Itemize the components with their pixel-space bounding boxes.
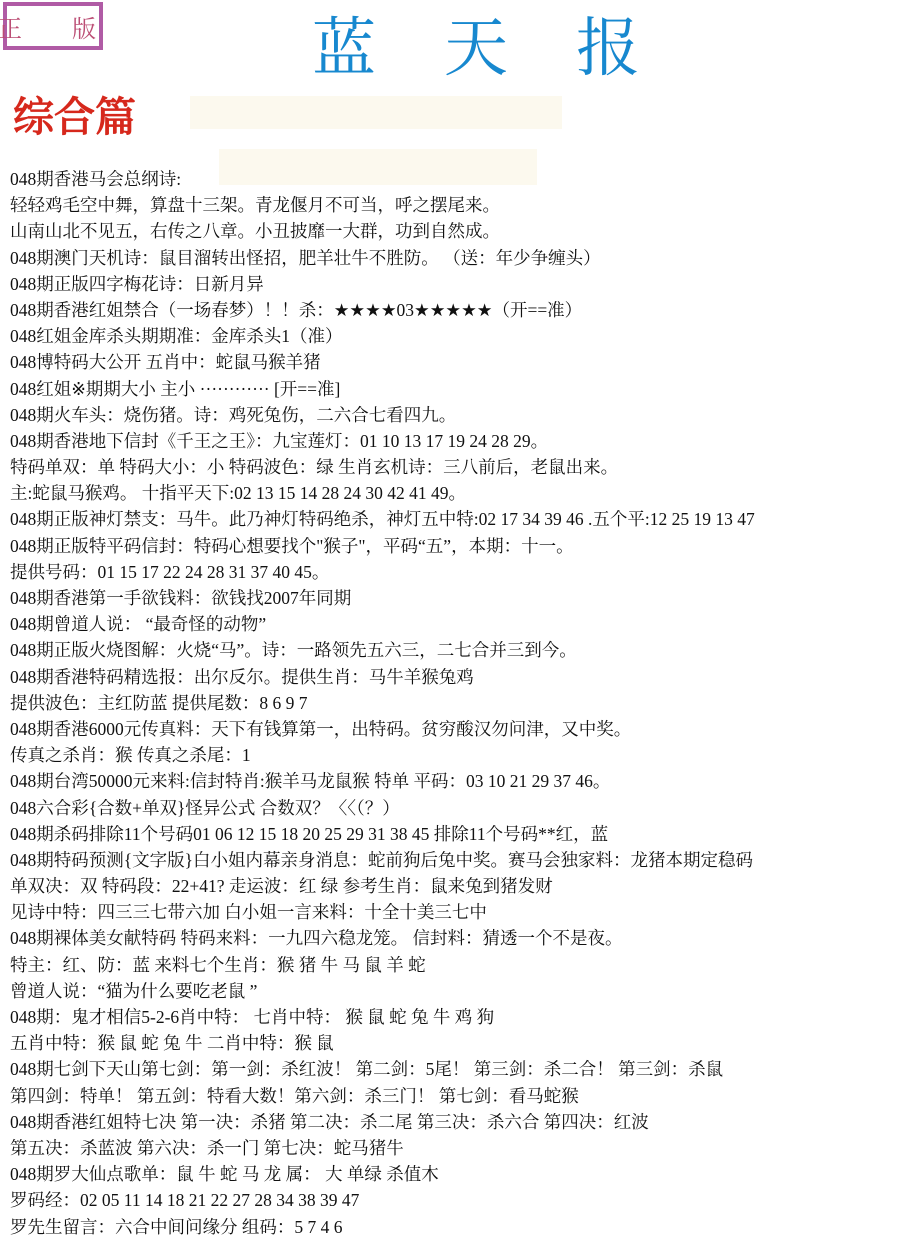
text-line: 第四剑：特单！ 第五剑：特看大数！第六剑：杀三门！ 第七剑：看马蛇猴 (10, 1083, 900, 1109)
text-line: 048期七剑下天山第七剑：第一剑：杀红波！ 第二剑：5尾！ 第三剑：杀二合！ 第… (10, 1056, 900, 1082)
highlight-box (190, 96, 562, 129)
text-line: 048期：鬼才相信5-2-6肖中特： 七肖中特： 猴 鼠 蛇 兔 牛 鸡 狗 (10, 1004, 900, 1030)
section-title: 综合篇 (13, 84, 136, 143)
text-line: 048期杀码排除11个号码01 06 12 15 18 20 25 29 31 … (10, 821, 900, 847)
text-line: 单双决：双 特码段：22+41? 走运波：红 绿 参考生肖：鼠来兔到猪发财 (10, 873, 900, 899)
text-line: 第五决：杀蓝波 第六决：杀一门 第七决：蛇马猪牛 (10, 1135, 900, 1161)
text-line: 048期香港6000元传真料：天下有钱算第一，出特码。贫穷酸汉勿问津，又中奖。 (10, 716, 900, 742)
authentic-edition-label: 正 版 (0, 9, 118, 44)
text-line: 曾道人说：“猫为什么要吃老鼠 ” (10, 978, 900, 1004)
text-line: 048期香港地下信封《千王之王》：九宝莲灯：01 10 13 17 19 24 … (10, 428, 900, 454)
text-line: 提供波色：主红防蓝 提供尾数：8 6 9 7 (10, 690, 900, 716)
text-line: 048期罗大仙点歌单：鼠 牛 蛇 马 龙 属： 大 单绿 杀值木 (10, 1161, 900, 1187)
text-line: 048博特码大公开 五肖中：蛇鼠马猴羊猪 (10, 349, 900, 375)
text-line: 048期火车头：烧伤猪。诗：鸡死兔伤，二六合七看四九。 (10, 402, 900, 428)
text-line: 048期曾道人说： “最奇怪的动物” (10, 611, 900, 637)
text-line: 048红姐※期期大小 主小 ············ [开==准] (10, 376, 900, 402)
text-line: 山南山北不见五，右传之八章。小丑披靡一大群，功到自然成。 (10, 218, 900, 244)
text-line: 048期澳门天机诗：鼠目溜转出怪招，肥羊壮牛不胜防。 （送：年少争缠头） (10, 245, 900, 271)
page-title: 蓝天报 (312, 14, 708, 84)
text-line: 见诗中特：四三三七带六加 白小姐一言来料：十全十美三七中 (10, 899, 900, 925)
text-line: 特主：红、防：蓝 来料七个生肖：猴 猪 牛 马 鼠 羊 蛇 (10, 952, 900, 978)
text-line: 048期裸体美女献特码 特码来料：一九四六稳龙笼。 信封料：猜透一个不是夜。 (10, 925, 900, 951)
text-line: 罗先生留言：六合中间问缘分 组码：5 7 4 6 (10, 1214, 900, 1240)
text-line: 主:蛇鼠马猴鸡。 十指平天下:02 13 15 14 28 24 30 42 4… (10, 480, 900, 506)
text-line: 五肖中特：猴 鼠 蛇 兔 牛 二肖中特：猴 鼠 (10, 1030, 900, 1056)
text-line: 传真之杀肖：猴 传真之杀尾：1 (10, 742, 900, 768)
text-line: 048期香港红姐特七决 第一决：杀猪 第二决：杀二尾 第三决：杀六合 第四决：红… (10, 1109, 900, 1135)
text-line: 提供号码：01 15 17 22 24 28 31 37 40 45。 (10, 559, 900, 585)
text-line: 特码单双：单 特码大小：小 特码波色：绿 生肖玄机诗：三八前后，老鼠出来。 (10, 454, 900, 480)
text-line: 048期台湾50000元来料:信封特肖:猴羊马龙鼠猴 特单 平码：03 10 2… (10, 768, 900, 794)
text-line: 048期香港红姐禁合（一场春梦）！！杀：★★★★03★★★★★（开==准） (10, 297, 900, 323)
text-line: 048红姐金库杀头期期准：金库杀头1（准） (10, 323, 900, 349)
text-line: 048期正版四字梅花诗：日新月异 (10, 271, 900, 297)
text-line: 048期正版神灯禁支：马牛。此乃神灯特码绝杀，神灯五中特:02 17 34 39… (10, 506, 900, 532)
body-text-block: 048期香港马会总纲诗: 轻轻鸡毛空中舞，算盘十三架。青龙偃月不可当，呼之摆尾来… (10, 166, 900, 1240)
text-line: 048期正版火烧图解：火烧“马”。诗：一路领先五六三，二七合并三到今。 (10, 637, 900, 663)
text-line: 048期香港第一手欲钱料：欲钱找2007年同期 (10, 585, 900, 611)
text-line: 048期正版特平码信封：特码心想要找个"猴子"，平码“五”，本期：十一。 (10, 533, 900, 559)
text-line: 048期特码预测{文字版}白小姐内幕亲身消息：蛇前狗后兔中奖。赛马会独家料：龙猪… (10, 847, 900, 873)
text-line: 048六合彩{合数+单双}怪异公式 合数双？〈〈（？） (10, 795, 900, 821)
authentic-edition-badge: 正 版 (3, 2, 103, 50)
text-line: 轻轻鸡毛空中舞，算盘十三架。青龙偃月不可当，呼之摆尾来。 (10, 192, 900, 218)
text-line: 048期香港马会总纲诗: (10, 166, 900, 192)
text-line: 罗码经：02 05 11 14 18 21 22 27 28 34 38 39 … (10, 1187, 900, 1213)
text-line: 048期香港特码精选报：出尔反尔。提供生肖：马牛羊猴兔鸡 (10, 664, 900, 690)
